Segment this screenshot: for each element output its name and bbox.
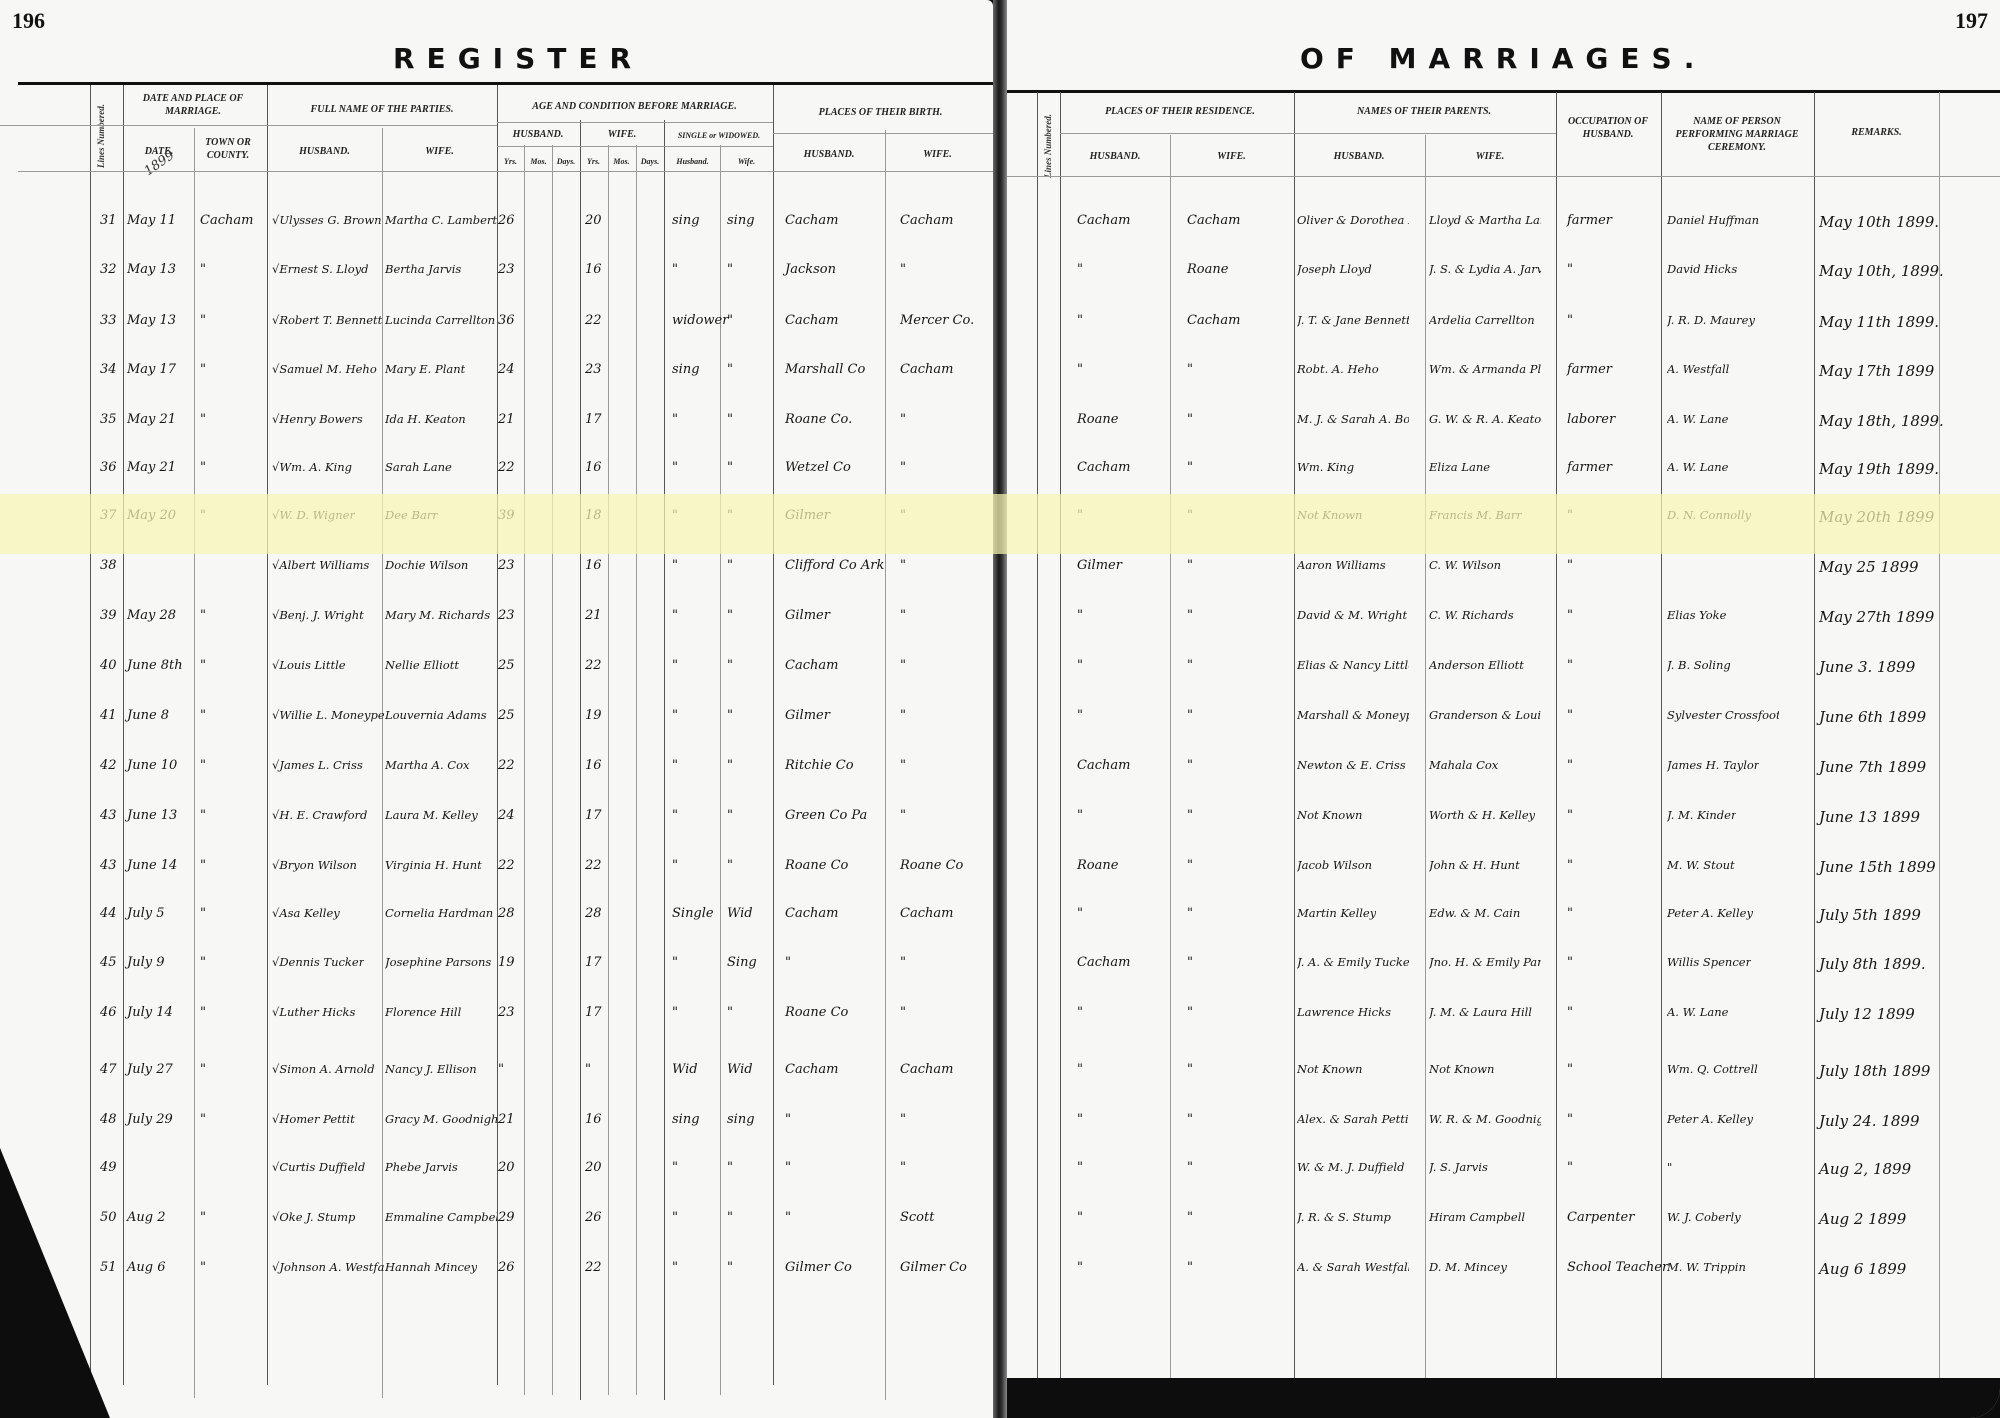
cell-h-par: Wm. King	[1297, 460, 1354, 474]
cell-remarks: May 27th 1899	[1819, 608, 1934, 626]
cell-wife: Dochie Wilson	[385, 558, 468, 572]
cell-officiant: Daniel Huffman	[1667, 213, 1759, 227]
cell-occ: "	[1567, 608, 1573, 623]
cell-no: 44	[100, 906, 117, 921]
cell-w-sw: "	[727, 508, 733, 523]
cell-w-birth: Gilmer Co	[900, 1260, 967, 1275]
cell-h-par: Joseph Lloyd	[1297, 262, 1372, 276]
cell-h-age: 39	[498, 508, 515, 523]
cell-w-age: "	[585, 1062, 591, 1077]
cell-h-sw: "	[672, 708, 678, 723]
cell-h-par: J. R. & S. Stump	[1297, 1210, 1391, 1224]
cell-w-birth: Cacham	[900, 362, 953, 377]
cell-h-sw: widower	[672, 313, 728, 328]
cell-w-birth: Scott	[900, 1210, 934, 1225]
cell-h-par: Robt. A. Heho	[1297, 362, 1379, 376]
top-rule	[18, 82, 993, 85]
cell-town: "	[200, 906, 206, 921]
cell-date: May 20	[127, 508, 176, 523]
header-par-husband: HUSBAND.	[1294, 150, 1424, 163]
cell-date: June 13	[127, 808, 177, 823]
cell-wife: Virginia H. Hunt	[385, 858, 482, 872]
cell-h-birth: Cacham	[785, 658, 838, 673]
cell-h-sw: sing	[672, 362, 700, 377]
cell-occ: "	[1567, 658, 1573, 673]
header-occupation: OCCUPATION OF HUSBAND.	[1556, 115, 1660, 141]
cell-occ: farmer	[1567, 213, 1612, 228]
cell-w-par: Jno. H. & Emily Parsons	[1429, 955, 1541, 969]
cell-w-birth: "	[900, 608, 906, 623]
cell-w-par: Worth & H. Kelley	[1429, 808, 1535, 822]
cell-h-sw: "	[672, 1160, 678, 1175]
cell-h-age: 22	[498, 858, 515, 873]
header-places-residence: PLACES OF THEIR RESIDENCE.	[1060, 105, 1300, 118]
cell-h-sw: "	[672, 412, 678, 427]
cell-husband: √Wm. A. King	[272, 460, 352, 474]
cell-h-par: Aaron Williams	[1297, 558, 1386, 572]
header-res-wife: WIFE.	[1170, 150, 1293, 163]
cell-h-res: "	[1077, 262, 1083, 277]
cell-h-par: Elias & Nancy Little	[1297, 658, 1409, 672]
cell-wife: Bertha Jarvis	[385, 262, 461, 276]
cell-date: June 8th	[127, 658, 183, 673]
cell-w-res: "	[1187, 708, 1193, 723]
cell-no: 43	[100, 808, 117, 823]
cell-occ: "	[1567, 1160, 1573, 1175]
cell-w-res: "	[1187, 1260, 1193, 1275]
cell-h-par: Jacob Wilson	[1297, 858, 1372, 872]
cell-w-birth: Cacham	[900, 1062, 953, 1077]
cell-h-sw: "	[672, 262, 678, 277]
cell-w-par: G. W. & R. A. Keaton	[1429, 412, 1541, 426]
cell-town: "	[200, 808, 206, 823]
cell-husband: √Bryon Wilson	[272, 858, 357, 872]
cell-h-par: Not Known	[1297, 1062, 1362, 1076]
cell-w-par: Edw. & M. Cain	[1429, 906, 1520, 920]
cell-w-par: Lloyd & Martha Lambert	[1429, 213, 1541, 227]
cell-officiant: W. J. Coberly	[1667, 1210, 1741, 1224]
cell-h-par: David & M. Wright	[1297, 608, 1407, 622]
cell-h-res: Cacham	[1077, 460, 1130, 475]
cell-husband: √Samuel M. Heho	[272, 362, 377, 376]
cell-w-sw: "	[727, 460, 733, 475]
cell-officiant: Peter A. Kelley	[1667, 906, 1753, 920]
cell-w-par: Not Known	[1429, 1062, 1494, 1076]
cell-no: 39	[100, 608, 117, 623]
cell-w-birth: "	[900, 508, 906, 523]
cell-town: "	[200, 262, 206, 277]
cell-w-par: Granderson & Louisa Adams	[1429, 708, 1541, 722]
cell-h-sw: "	[672, 1260, 678, 1275]
cell-date: Aug 6	[127, 1260, 166, 1275]
cell-date: June 14	[127, 858, 177, 873]
cell-w-res: "	[1187, 658, 1193, 673]
cell-remarks: May 19th 1899.	[1819, 460, 1939, 478]
cell-husband: √Louis Little	[272, 658, 346, 672]
cell-officiant: Peter A. Kelley	[1667, 1112, 1753, 1126]
cell-w-sw: "	[727, 262, 733, 277]
cell-date: May 21	[127, 412, 176, 427]
cell-w-sw: sing	[727, 213, 755, 228]
cell-husband: √Curtis Duffield	[272, 1160, 365, 1174]
right-page-number: 197	[1955, 8, 1988, 34]
cell-h-par: Marshall & Moneypenny	[1297, 708, 1409, 722]
cell-h-birth: Cacham	[785, 906, 838, 921]
cell-h-par: Lawrence Hicks	[1297, 1005, 1391, 1019]
cell-w-age: 17	[585, 412, 602, 427]
cell-h-birth: Roane Co.	[785, 412, 852, 427]
cell-h-res: Cacham	[1077, 758, 1130, 773]
cell-h-res: Roane	[1077, 858, 1118, 873]
cell-h-res: "	[1077, 906, 1083, 921]
cell-w-age: 16	[585, 460, 602, 475]
cell-occ: "	[1567, 558, 1573, 573]
cell-husband: √James L. Criss	[272, 758, 363, 772]
cell-wife: Ida H. Keaton	[385, 412, 466, 426]
cell-occ: "	[1567, 1005, 1573, 1020]
header-age-wife: WIFE.	[580, 128, 664, 141]
cell-w-age: 16	[585, 1112, 602, 1127]
cell-no: 47	[100, 1062, 117, 1077]
cell-w-par: Francis M. Barr	[1429, 508, 1522, 522]
cell-h-par: Alex. & Sarah Pettit	[1297, 1112, 1409, 1126]
header-days-h: Days.	[552, 155, 580, 168]
header-yrs-w: Yrs.	[580, 155, 607, 168]
cell-w-res: "	[1187, 412, 1193, 427]
header-town-county: TOWN OR COUNTY.	[195, 136, 261, 162]
cell-w-sw: Wid	[727, 906, 753, 921]
cell-w-birth: Cacham	[900, 906, 953, 921]
header-sw-husband: Husband.	[665, 155, 720, 168]
cell-w-res: "	[1187, 608, 1193, 623]
cell-w-birth: "	[900, 955, 906, 970]
cell-wife: Sarah Lane	[385, 460, 452, 474]
cell-officiant: James H. Taylor	[1667, 758, 1759, 772]
cell-h-birth: "	[785, 955, 791, 970]
header-person-performing: NAME OF PERSON PERFORMING MARRIAGE CEREM…	[1661, 115, 1813, 154]
cell-w-par: J. M. & Laura Hill	[1429, 1005, 1532, 1019]
cell-town: "	[200, 1005, 206, 1020]
cell-town: "	[200, 1260, 206, 1275]
cell-w-par: C. W. Wilson	[1429, 558, 1501, 572]
cell-wife: Emmaline Campbell	[385, 1210, 497, 1224]
cell-w-birth: "	[900, 758, 906, 773]
header-single-widowed: SINGLE or WIDOWED.	[665, 129, 773, 142]
cell-officiant: A. Westfall	[1667, 362, 1729, 376]
cell-h-age: 29	[498, 1210, 515, 1225]
cell-w-age: 22	[585, 1260, 602, 1275]
cell-h-res: "	[1077, 658, 1083, 673]
cell-w-sw: "	[727, 313, 733, 328]
cell-date: July 5	[127, 906, 165, 921]
cell-town: "	[200, 758, 206, 773]
cell-wife: Lucinda Carrellton	[385, 313, 495, 327]
cell-h-age: 26	[498, 1260, 515, 1275]
cell-w-res: "	[1187, 558, 1193, 573]
top-rule-right	[1007, 90, 2000, 93]
cell-h-par: M. J. & Sarah A. Bowers	[1297, 412, 1409, 426]
cell-h-par: Not Known	[1297, 508, 1362, 522]
cell-h-res: "	[1077, 1112, 1083, 1127]
header-lines-numbered-right: Lines Numbered.	[1043, 108, 1053, 178]
cell-occ: School Teacher	[1567, 1260, 1668, 1275]
cell-h-sw: "	[672, 808, 678, 823]
cell-husband: √Albert Williams	[272, 558, 369, 572]
cell-date: May 17	[127, 362, 176, 377]
cell-remarks: June 7th 1899	[1819, 758, 1926, 776]
cell-w-sw: "	[727, 1260, 733, 1275]
cell-husband: √Robert T. Bennett	[272, 313, 382, 327]
header-days-w: Days.	[636, 155, 664, 168]
cell-no: 45	[100, 955, 117, 970]
cell-w-res: "	[1187, 1160, 1193, 1175]
cell-town: "	[200, 858, 206, 873]
cell-w-res: "	[1187, 460, 1193, 475]
cell-h-birth: "	[785, 1112, 791, 1127]
cell-date: May 11	[127, 213, 176, 228]
cell-h-res: "	[1077, 1005, 1083, 1020]
cell-h-res: "	[1077, 313, 1083, 328]
cell-date: July 14	[127, 1005, 173, 1020]
cell-w-birth: "	[900, 262, 906, 277]
cell-h-age: 24	[498, 362, 515, 377]
cell-h-sw: sing	[672, 1112, 700, 1127]
cell-h-res: "	[1077, 1260, 1083, 1275]
cell-w-sw: "	[727, 362, 733, 377]
cell-w-sw: Sing	[727, 955, 757, 970]
cell-w-age: 28	[585, 906, 602, 921]
cell-remarks: July 12 1899	[1819, 1005, 1915, 1023]
cell-w-age: 22	[585, 858, 602, 873]
cell-no: 38	[100, 558, 117, 573]
cell-h-sw: "	[672, 558, 678, 573]
cell-occ: "	[1567, 858, 1573, 873]
cell-husband: √Benj. J. Wright	[272, 608, 364, 622]
cell-h-age: 36	[498, 313, 515, 328]
cell-no: 31	[100, 213, 117, 228]
cell-w-age: 22	[585, 658, 602, 673]
cell-h-birth: Wetzel Co	[785, 460, 851, 475]
cell-remarks: May 10th 1899.	[1819, 213, 1939, 231]
cell-officiant: M. W. Trippin	[1667, 1260, 1746, 1274]
cell-date: July 29	[127, 1112, 173, 1127]
cell-h-res: "	[1077, 708, 1083, 723]
header-remarks: REMARKS.	[1814, 126, 1939, 139]
cell-h-age: 23	[498, 558, 515, 573]
cell-w-birth: "	[900, 558, 906, 573]
cell-h-sw: "	[672, 508, 678, 523]
cell-w-res: "	[1187, 362, 1193, 377]
cell-h-age: 23	[498, 262, 515, 277]
cell-h-age: 23	[498, 1005, 515, 1020]
cell-h-par: Martin Kelley	[1297, 906, 1376, 920]
cell-occ: "	[1567, 262, 1573, 277]
cell-occ: Carpenter	[1567, 1210, 1634, 1225]
cell-town: Cacham	[200, 213, 253, 228]
header-birth-husband: HUSBAND.	[773, 148, 885, 161]
cell-w-sw: "	[727, 412, 733, 427]
cell-husband: √W. D. Wigner	[272, 508, 355, 522]
cell-w-age: 16	[585, 758, 602, 773]
cell-date: May 13	[127, 262, 176, 277]
cell-h-age: 22	[498, 758, 515, 773]
cell-h-par: Oliver & Dorothea Brown	[1297, 213, 1409, 227]
cell-wife: Louvernia Adams	[385, 708, 487, 722]
cell-w-par: Ardelia Carrellton	[1429, 313, 1535, 327]
cell-h-birth: Marshall Co	[785, 362, 865, 377]
cell-town: "	[200, 313, 206, 328]
cell-w-age: 20	[585, 1160, 602, 1175]
cell-w-age: 21	[585, 608, 602, 623]
cell-remarks: June 15th 1899	[1819, 858, 1936, 876]
cell-occ: "	[1567, 1112, 1573, 1127]
cell-no: 42	[100, 758, 117, 773]
cell-remarks: Aug 6 1899	[1819, 1260, 1906, 1278]
cell-town: "	[200, 708, 206, 723]
cell-officiant: A. W. Lane	[1667, 412, 1728, 426]
header-mos-h: Mos.	[525, 155, 552, 168]
cell-w-par: D. M. Mincey	[1429, 1260, 1507, 1274]
cell-h-birth: Cacham	[785, 1062, 838, 1077]
left-page-number: 196	[12, 8, 45, 34]
cell-h-age: 20	[498, 1160, 515, 1175]
cell-husband: √Henry Bowers	[272, 412, 363, 426]
cell-wife: Mary M. Richards	[385, 608, 490, 622]
header-age-condition: AGE AND CONDITION BEFORE MARRIAGE.	[497, 100, 772, 113]
cell-w-sw: "	[727, 608, 733, 623]
cell-occ: "	[1567, 955, 1573, 970]
cell-w-par: J. S. Jarvis	[1429, 1160, 1488, 1174]
cell-wife: Phebe Jarvis	[385, 1160, 458, 1174]
title-register: REGISTER	[393, 42, 643, 75]
cell-no: 35	[100, 412, 117, 427]
cell-occ: laborer	[1567, 412, 1615, 427]
cell-h-age: "	[498, 1062, 504, 1077]
cell-no: 46	[100, 1005, 117, 1020]
cell-h-age: 23	[498, 608, 515, 623]
cell-h-par: Newton & E. Criss	[1297, 758, 1406, 772]
cell-remarks: July 24. 1899	[1819, 1112, 1920, 1130]
cell-h-birth: Gilmer	[785, 508, 830, 523]
cell-w-sw: "	[727, 658, 733, 673]
cell-remarks: May 18th, 1899.	[1819, 412, 1944, 430]
cell-husband: √Willie L. Moneypenny	[272, 708, 384, 722]
cell-husband: √Johnson A. Westfall	[272, 1260, 384, 1274]
cell-no: 36	[100, 460, 117, 475]
cell-h-res: "	[1077, 608, 1083, 623]
cell-date: May 13	[127, 313, 176, 328]
cell-no: 32	[100, 262, 117, 277]
cell-occ: "	[1567, 1062, 1573, 1077]
cell-h-sw: sing	[672, 213, 700, 228]
cell-h-res: "	[1077, 1062, 1083, 1077]
cell-remarks: July 8th 1899.	[1819, 955, 1926, 973]
cell-w-age: 16	[585, 558, 602, 573]
cell-occ: "	[1567, 708, 1573, 723]
cell-date: June 10	[127, 758, 177, 773]
cell-h-res: Gilmer	[1077, 558, 1122, 573]
header-places-birth: PLACES OF THEIR BIRTH.	[773, 106, 988, 119]
cell-town: "	[200, 658, 206, 673]
cell-no: 43	[100, 858, 117, 873]
cell-remarks: June 13 1899	[1819, 808, 1920, 826]
cell-officiant: A. W. Lane	[1667, 1005, 1728, 1019]
cell-no: 37	[100, 508, 117, 523]
cell-h-age: 19	[498, 955, 515, 970]
cell-wife: Laura M. Kelley	[385, 808, 478, 822]
header-mos-w: Mos.	[608, 155, 635, 168]
cell-w-birth: Mercer Co.	[900, 313, 974, 328]
cell-officiant: Wm. Q. Cottrell	[1667, 1062, 1758, 1076]
cell-w-par: Eliza Lane	[1429, 460, 1490, 474]
cell-w-birth: "	[900, 460, 906, 475]
cell-h-age: 25	[498, 658, 515, 673]
cell-w-sw: "	[727, 708, 733, 723]
cell-husband: √Asa Kelley	[272, 906, 340, 920]
cell-w-res: "	[1187, 1062, 1193, 1077]
cell-w-res: "	[1187, 1005, 1193, 1020]
cell-officiant: David Hicks	[1667, 262, 1737, 276]
title-of-marriages: OF MARRIAGES.	[1300, 42, 1706, 75]
cell-no: 48	[100, 1112, 117, 1127]
cell-officiant: "	[1667, 1160, 1672, 1174]
cell-w-par: Anderson Elliott	[1429, 658, 1524, 672]
cell-town: "	[200, 1112, 206, 1127]
cell-h-res: "	[1077, 1210, 1083, 1225]
header-names-parents: NAMES OF THEIR PARENTS.	[1294, 105, 1554, 118]
cell-w-age: 17	[585, 955, 602, 970]
cell-husband: √Luther Hicks	[272, 1005, 355, 1019]
cell-w-par: Wm. & Armanda Plant	[1429, 362, 1541, 376]
cell-w-sw: "	[727, 558, 733, 573]
cell-occ: farmer	[1567, 362, 1612, 377]
cell-h-age: 22	[498, 460, 515, 475]
cell-officiant: A. W. Lane	[1667, 460, 1728, 474]
header-husband: HUSBAND.	[267, 145, 382, 158]
cell-h-age: 26	[498, 213, 515, 228]
cell-officiant: Elias Yoke	[1667, 608, 1726, 622]
cell-w-res: "	[1187, 906, 1193, 921]
cell-town: "	[200, 460, 206, 475]
cell-w-res: "	[1187, 1112, 1193, 1127]
cell-h-birth: Gilmer Co	[785, 1260, 852, 1275]
cell-h-age: 24	[498, 808, 515, 823]
cell-w-birth: "	[900, 808, 906, 823]
left-page: 196 REGISTER Lines Numbered. DATE AND PL…	[0, 0, 993, 1418]
cell-w-birth: "	[900, 1112, 906, 1127]
cell-officiant: D. N. Connolly	[1667, 508, 1751, 522]
cell-h-birth: Cacham	[785, 313, 838, 328]
cell-officiant: J. R. D. Maurey	[1667, 313, 1755, 327]
cell-w-res: "	[1187, 1210, 1193, 1225]
cell-h-sw: "	[672, 608, 678, 623]
cell-officiant: Sylvester Crossfoot	[1667, 708, 1779, 722]
cell-remarks: May 10th, 1899.	[1819, 262, 1944, 280]
cell-w-res: "	[1187, 955, 1193, 970]
cell-officiant: J. B. Soling	[1667, 658, 1731, 672]
cell-remarks: June 6th 1899	[1819, 708, 1926, 726]
cell-husband: √Simon A. Arnold	[272, 1062, 375, 1076]
cell-h-birth: Roane Co	[785, 1005, 848, 1020]
cell-w-birth: "	[900, 658, 906, 673]
cell-town: "	[200, 362, 206, 377]
cell-w-sw: "	[727, 758, 733, 773]
cell-w-age: 22	[585, 313, 602, 328]
cell-husband: √Ulysses G. Brown	[272, 213, 382, 227]
cell-officiant: Willis Spencer	[1667, 955, 1751, 969]
cell-w-res: "	[1187, 508, 1193, 523]
cell-occ: "	[1567, 758, 1573, 773]
